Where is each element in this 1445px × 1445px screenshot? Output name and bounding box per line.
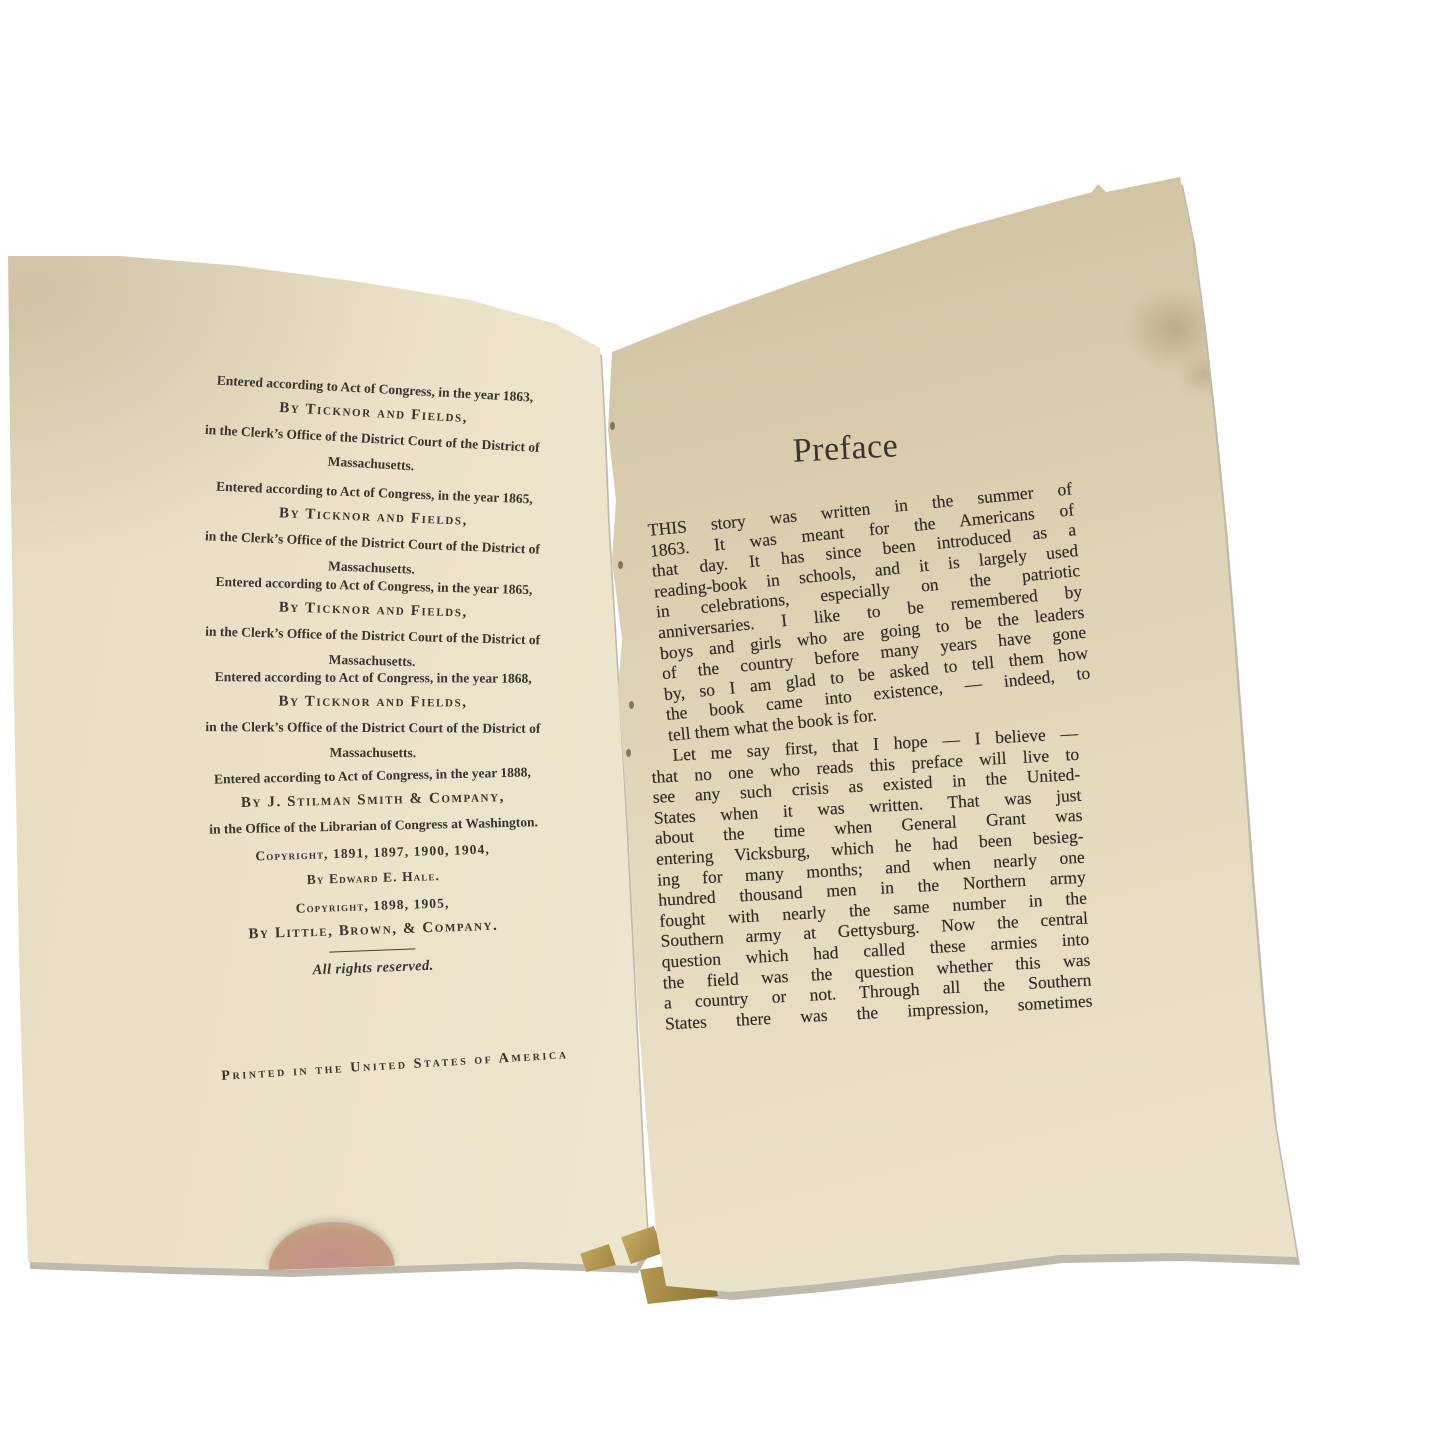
binding-stitch-mark <box>618 561 623 569</box>
copyright-block: Copyright, 1898, 1905,By Little, Brown, … <box>149 885 596 951</box>
copyright-block: Entered according to Act of Congress, in… <box>149 758 597 843</box>
book-photo: Entered according to Act of Congress, in… <box>0 0 1445 1445</box>
page-stain <box>1178 352 1232 396</box>
binding-stitch-mark <box>626 749 631 757</box>
preface-paragraph-1: THIS story was written in the summer of1… <box>647 478 1093 745</box>
binding-stitch-mark <box>610 422 615 430</box>
text-line: By Ticknor and Fields, <box>150 689 596 716</box>
copyright-blocks: Entered according to Act of Congress, in… <box>150 0 596 1445</box>
binding-stitch-mark <box>629 701 634 709</box>
text-line: in the Clerk’s Office of the District Co… <box>150 714 596 741</box>
preface-paragraph-2: Let me say first, that I hope — I believ… <box>650 723 1093 1034</box>
copyright-block: Entered according to Act of Congress, in… <box>148 364 599 488</box>
page-title: Preface <box>717 423 974 474</box>
text-line: Entered according to Act of Congress, in… <box>150 664 596 691</box>
text-line: All rights reserved. <box>150 947 597 989</box>
copyright-block: Entered according to Act of Congress, in… <box>149 567 597 679</box>
copyright-block: Entered according to Act of Congress, in… <box>150 664 597 766</box>
copyright-block: All rights reserved. <box>150 941 597 989</box>
